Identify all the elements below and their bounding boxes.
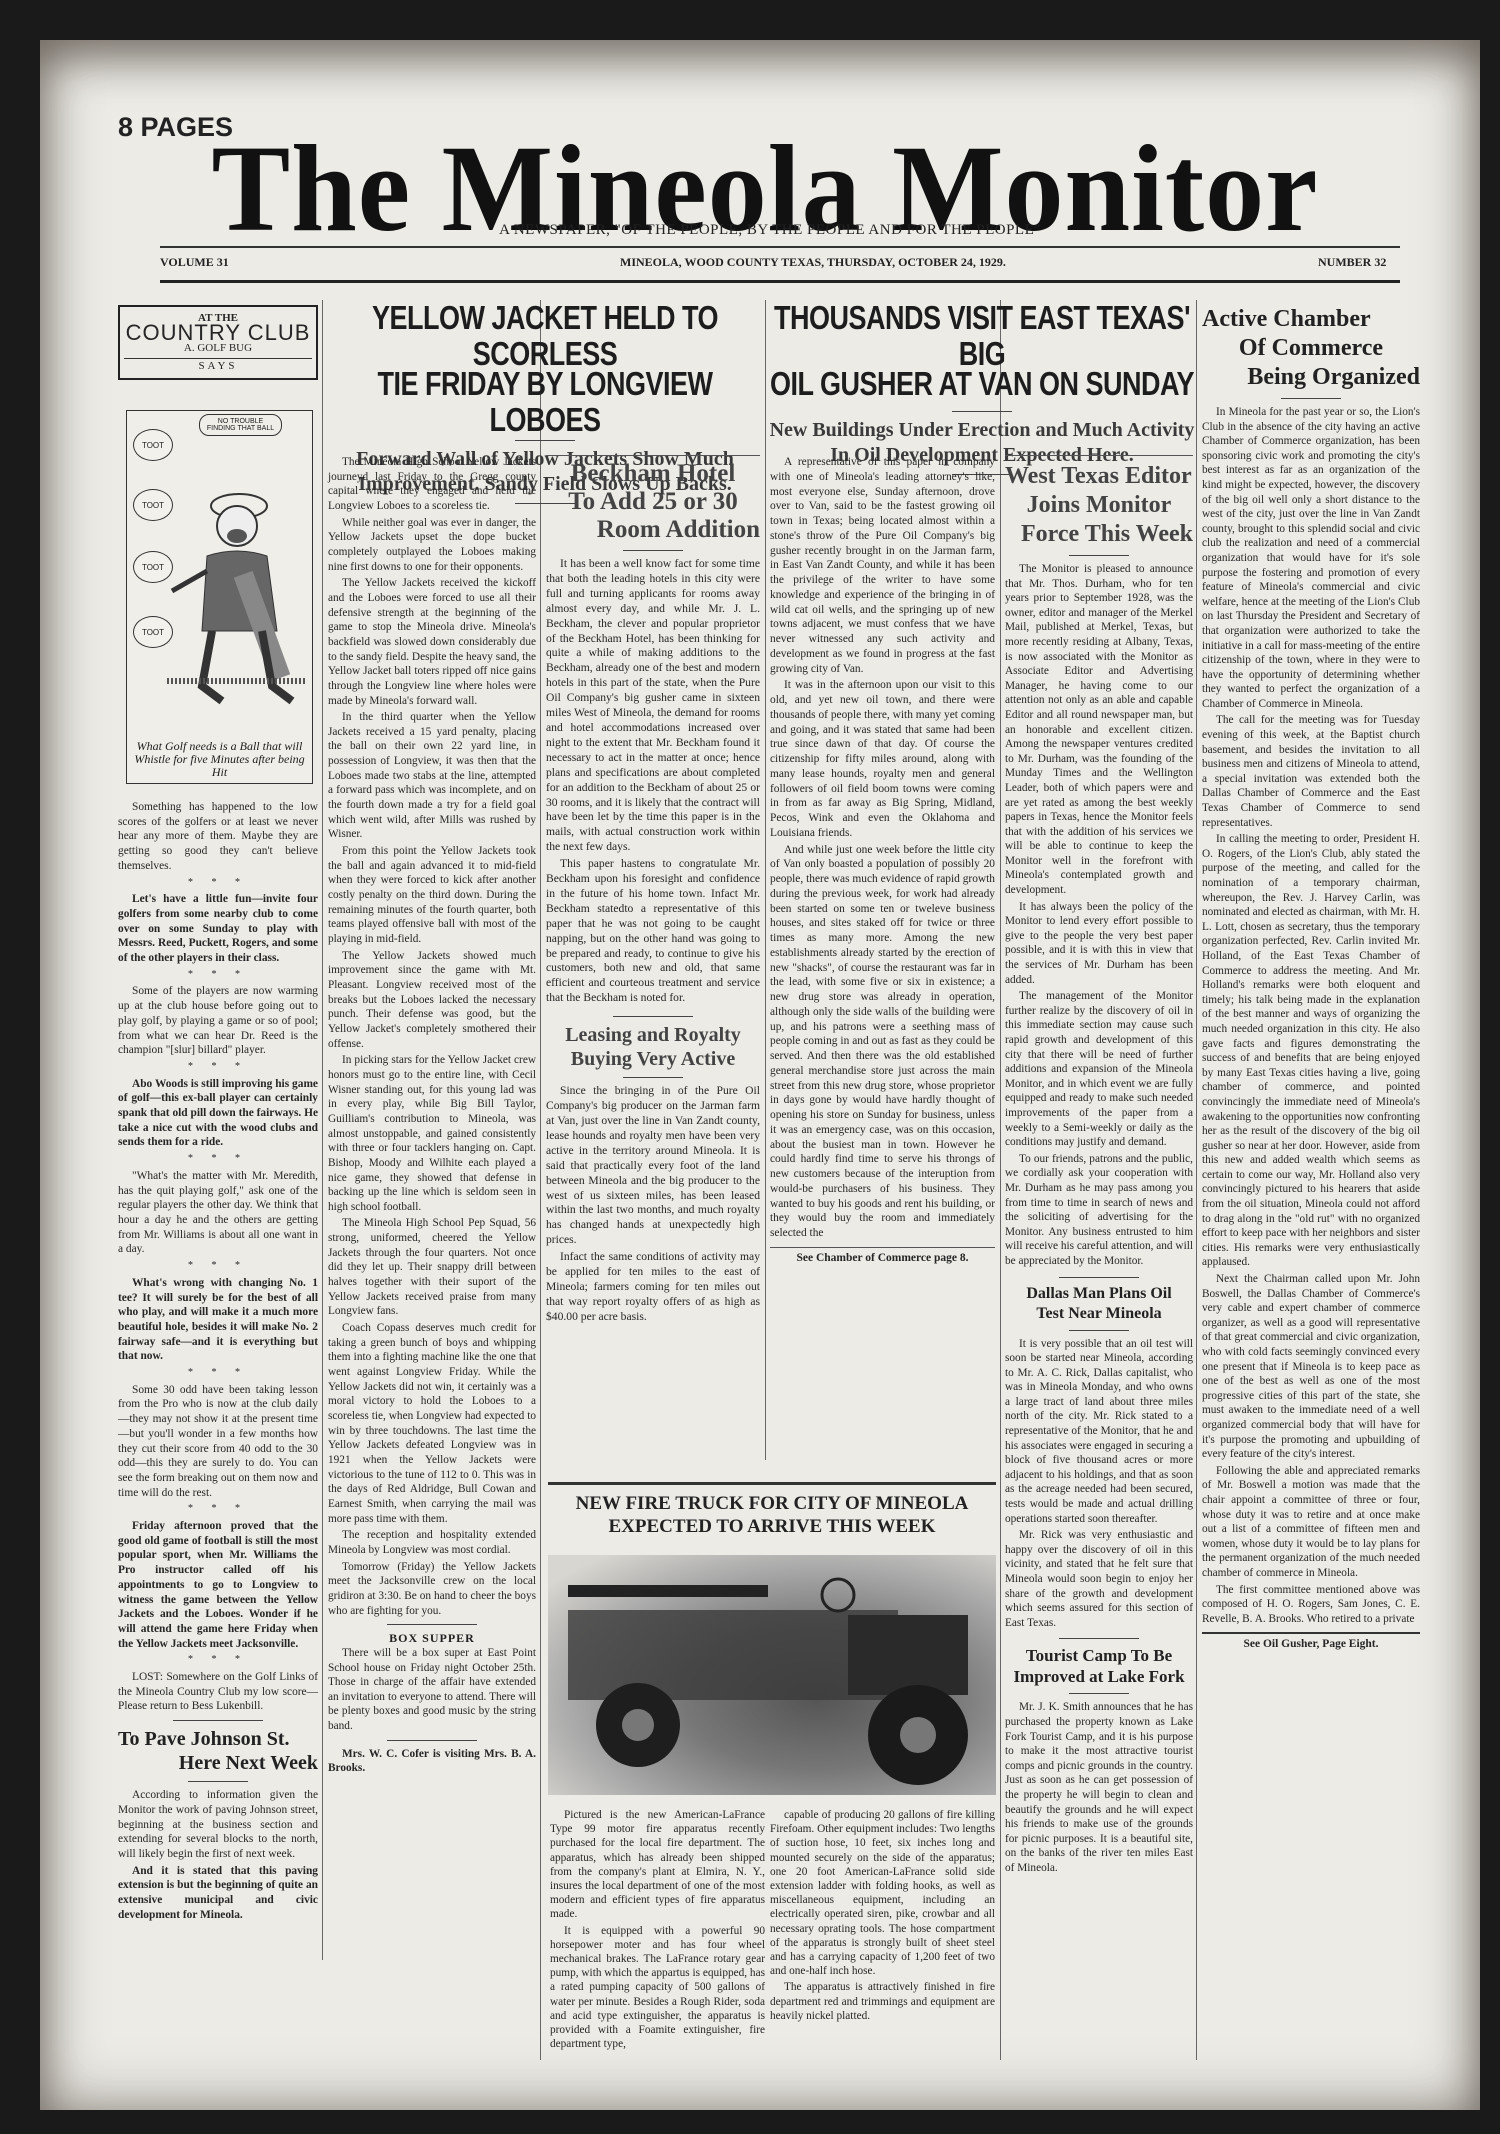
column-divider (540, 300, 541, 2060)
column-divider (322, 300, 323, 1960)
beckham-headline-2: To Add 25 or 30 (546, 488, 760, 516)
football-headline-1: YELLOW JACKET HELD TO SCORLESS (330, 300, 760, 373)
johnson-st-body: And it is stated that this paving extens… (118, 1864, 318, 1923)
column-divider (1196, 300, 1197, 2060)
golf-item: Something has happened to the low scores… (118, 800, 318, 874)
football-article: The Mineola High School Yellow Jackets j… (328, 455, 536, 1778)
golf-says: SAYS (124, 358, 312, 374)
oil-gusher-header: THOUSANDS VISIT EAST TEXAS' BIG OIL GUSH… (768, 300, 1196, 481)
leasing-headline-2: Buying Very Active (546, 1047, 760, 1071)
speech-bubble: NO TROUBLE FINDING THAT BALL (199, 414, 282, 436)
fire-truck-article-right: capable of producing 20 gallons of fire … (770, 1808, 995, 2025)
golf-item: Let's have a little fun—invite four golf… (118, 892, 318, 966)
golf-item: Some 30 odd have been taking lesson from… (118, 1383, 318, 1501)
beckham-headline-1: Beckham Hotel (546, 460, 760, 488)
fire-truck-header: NEW FIRE TRUCK FOR CITY OF MINEOLA EXPEC… (548, 1492, 996, 1538)
volume: VOLUME 31 (160, 255, 229, 270)
beckham-article: Beckham Hotel To Add 25 or 30 Room Addit… (546, 455, 760, 1327)
fire-truck-rule (548, 1482, 996, 1485)
golf-item: Abo Woods is still improving his game of… (118, 1077, 318, 1151)
golf-column-title: COUNTRY CLUB (124, 326, 312, 341)
editor-article: West Texas Editor Joins Monitor Force Th… (1005, 455, 1193, 1878)
leasing-headline-1: Leasing and Royalty (546, 1023, 760, 1047)
johnson-st-headline-2: Here Next Week (118, 1751, 318, 1775)
johnson-st-headline-1: To Pave Johnson St. (118, 1727, 318, 1751)
oil-gusher-article: A representative of this paper in compan… (770, 455, 995, 1266)
editor-headline-1: West Texas Editor (1005, 462, 1193, 491)
golf-item: Some of the players are now warming up a… (118, 984, 318, 1058)
fire-truck-article-left: Pictured is the new American-LaFrance Ty… (550, 1808, 765, 2053)
continued-link[interactable]: See Chamber of Commerce page 8. (770, 1251, 995, 1266)
golf-item: LOST: Somewhere on the Golf Links of the… (118, 1670, 318, 1714)
chamber-headline-3: Being Organized (1202, 363, 1420, 392)
editor-headline-3: Force This Week (1005, 520, 1193, 549)
fire-headline-2: EXPECTED TO ARRIVE THIS WEEK (548, 1515, 996, 1538)
editor-headline-2: Joins Monitor (1005, 491, 1193, 520)
box-supper-headline: BOX SUPPER (328, 1631, 536, 1646)
oil-headline-1: THOUSANDS VISIT EAST TEXAS' BIG (768, 300, 1196, 373)
masthead-rule-bottom (160, 280, 1400, 283)
chamber-article: Active Chamber Of Commerce Being Organiz… (1202, 305, 1420, 1652)
golf-item: Friday afternoon proved that the good ol… (118, 1519, 318, 1651)
football-headline-2: TIE FRIDAY BY LONGVIEW LOBOES (330, 366, 760, 439)
fire-headline-1: NEW FIRE TRUCK FOR CITY OF MINEOLA (548, 1492, 996, 1515)
dateline: MINEOLA, WOOD COUNTY TEXAS, THURSDAY, OC… (620, 255, 1006, 270)
continued-link[interactable]: See Oil Gusher, Page Eight. (1202, 1637, 1420, 1652)
dallas-headline-2: Test Near Mineola (1005, 1304, 1193, 1324)
tourist-headline-1: Tourist Camp To Be (1005, 1645, 1193, 1666)
cartoon-caption: What Golf needs is a Ball that will Whis… (131, 740, 308, 779)
golf-item: What's wrong with changing No. 1 tee? It… (118, 1276, 318, 1364)
column-divider (1000, 300, 1001, 2060)
beckham-headline-3: Room Addition (546, 516, 760, 544)
box-supper-body: There will be a box super at East Point … (328, 1646, 536, 1734)
personal-note: Mrs. W. C. Cofer is visiting Mrs. B. A. … (328, 1747, 536, 1776)
johnson-st-body: According to information given the Monit… (118, 1788, 318, 1862)
chamber-headline-1: Active Chamber (1202, 305, 1420, 334)
tourist-headline-2: Improved at Lake Fork (1005, 1666, 1193, 1687)
dallas-headline-1: Dallas Man Plans Oil (1005, 1284, 1193, 1304)
golf-item: "What's the matter with Mr. Meredith, ha… (118, 1169, 318, 1257)
golf-items: Something has happened to the low scores… (118, 800, 318, 1925)
masthead-rule-top (160, 246, 1400, 248)
oil-headline-2: OIL GUSHER AT VAN ON SUNDAY (768, 366, 1196, 402)
toot-bubble: TOOT (133, 429, 173, 461)
golfer-illustration (167, 461, 307, 721)
fire-truck-photo (548, 1555, 996, 1795)
issue-number: NUMBER 32 (1318, 255, 1386, 270)
golf-column: AT THE COUNTRY CLUB A. GOLF BUG SAYS (118, 305, 318, 380)
fire-truck-illustration (548, 1555, 996, 1795)
column-divider (765, 300, 766, 1460)
golf-cartoon: TOOT TOOT TOOT TOOT NO TROUBLE FINDING T… (126, 410, 313, 784)
chamber-headline-2: Of Commerce (1202, 334, 1420, 363)
motto: A NEWSPAPER, "OF THE PEOPLE, BY THE PEOP… (420, 222, 1120, 239)
